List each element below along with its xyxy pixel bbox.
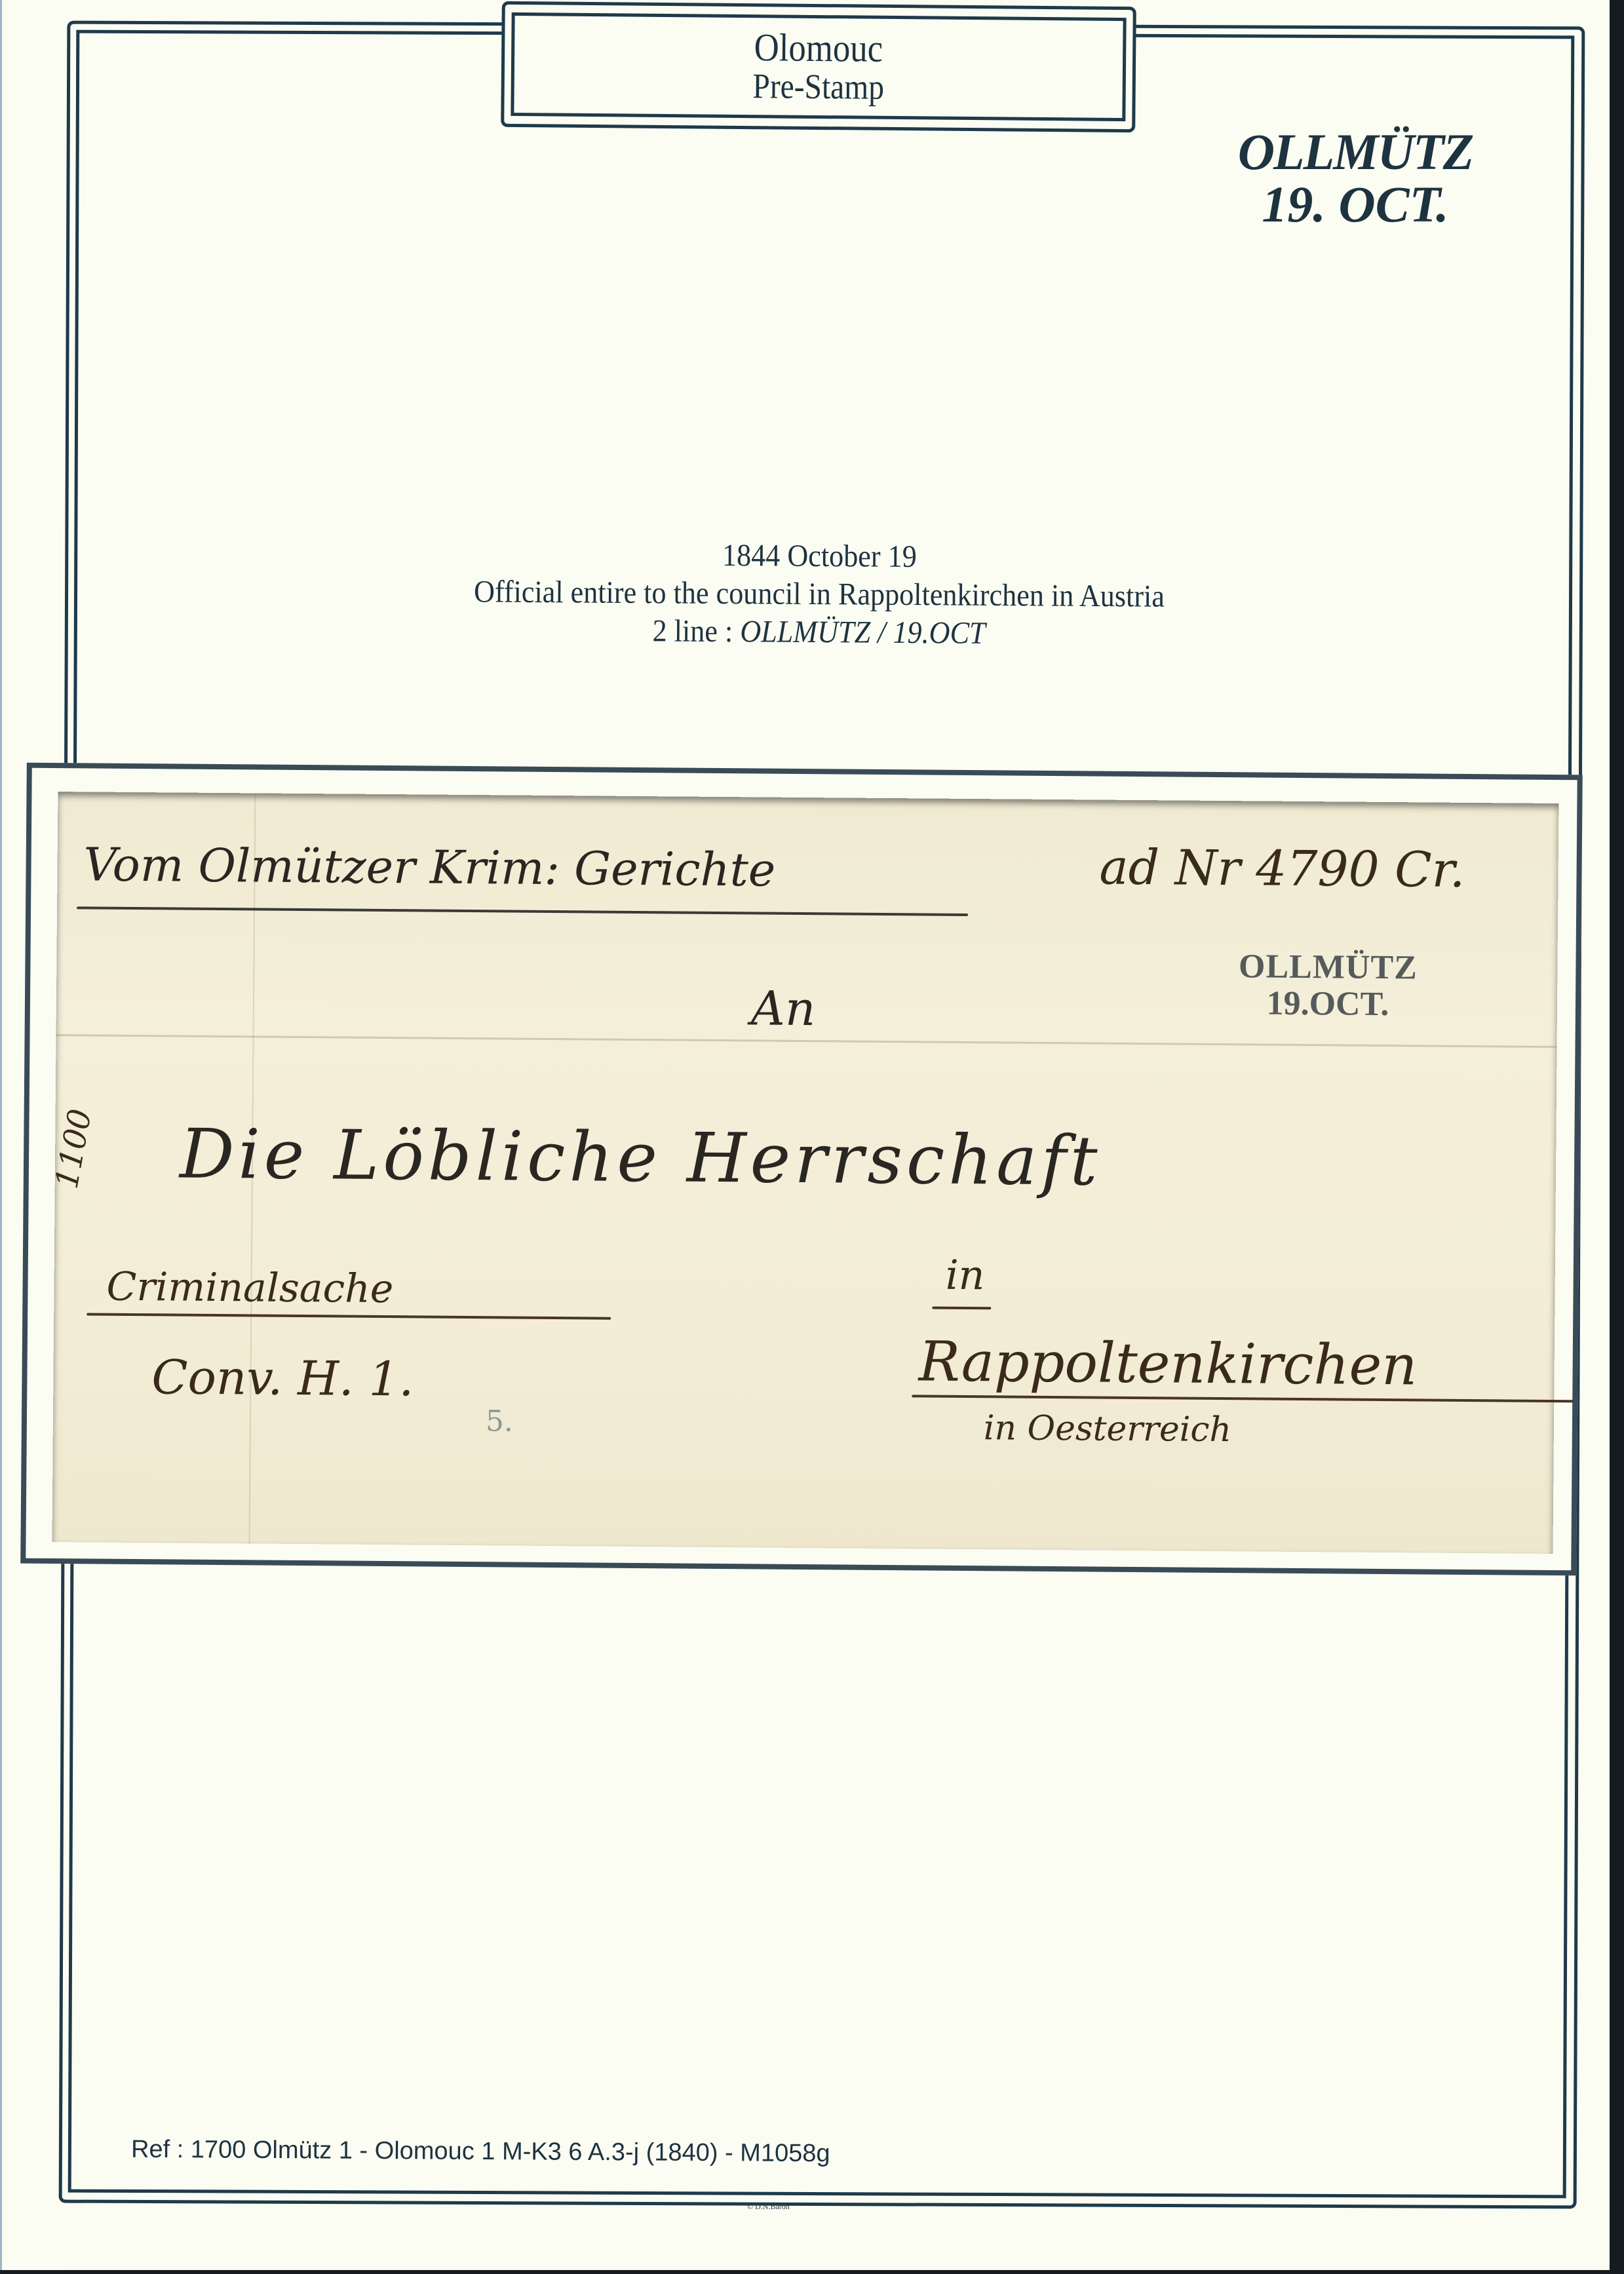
left-note-2: Conv. H. 1. (151, 1349, 414, 1406)
sender-line: Vom Olmützer Krim: Gerichte (83, 838, 775, 896)
fold-line (56, 1034, 1557, 1048)
letter-postmark-line1: OLLMÜTZ (1216, 948, 1439, 987)
address-to: An (751, 980, 816, 1036)
item-description: 1844 October 19 Official entire to the c… (349, 534, 1290, 655)
destination-place: Rappoltenkirchen (918, 1329, 1417, 1397)
page-subtitle: Pre-Stamp (752, 67, 884, 106)
sender-underline (77, 906, 968, 916)
description-postmark-text: OLLMÜTZ / 19.OCT (740, 614, 986, 651)
letter-mount: Vom Olmützer Krim: Gerichte ad Nr 4790 C… (20, 763, 1583, 1576)
letter-postmark-line2: 19.OCT. (1216, 985, 1439, 1024)
docket-number: ad Nr 4790 Cr. (1099, 839, 1465, 898)
left-note-strikeline (87, 1313, 611, 1319)
postmark-illustration-line2: 19. OCT. (1224, 178, 1486, 231)
pencil-mark: 5. (486, 1404, 513, 1438)
reference-line: Ref : 1700 Olmütz 1 - Olomouc 1 M-K3 6 A… (131, 2136, 830, 2168)
letter-entire: Vom Olmützer Krim: Gerichte ad Nr 4790 C… (52, 792, 1558, 1554)
left-note: Criminalsache (106, 1264, 393, 1312)
description-summary: Official entire to the council in Rappol… (349, 572, 1290, 617)
in-underline (932, 1307, 991, 1310)
copyright: © D.N.Baron (747, 2202, 790, 2212)
scan-edge-right (1610, 0, 1624, 2274)
watermark: Derek Baron (4, 2260, 65, 2271)
postmark-illustration-line1: OLLMÜTZ (1224, 126, 1486, 178)
postmark-illustration: OLLMÜTZ 19. OCT. (1224, 126, 1486, 231)
addressee: Die Löbliche Herrschaft (180, 1114, 1102, 1201)
destination-region: in Oesterreich (984, 1408, 1232, 1450)
scan-edge-left (0, 0, 2, 2274)
page-title: Olomouc (754, 28, 883, 68)
title-box-inner: Olomouc Pre-Stamp (511, 12, 1126, 121)
description-date: 1844 October 19 (349, 534, 1290, 579)
description-postmark: 2 line : OLLMÜTZ / 19.OCT (349, 610, 1290, 655)
margin-note: 1100 (48, 1106, 99, 1191)
description-postmark-prefix: 2 line : (652, 613, 740, 649)
address-in: in (945, 1251, 984, 1299)
letter-postmark: OLLMÜTZ 19.OCT. (1216, 948, 1440, 1024)
scan-edge-bottom (0, 2270, 1624, 2274)
title-box: Olomouc Pre-Stamp (501, 1, 1136, 132)
